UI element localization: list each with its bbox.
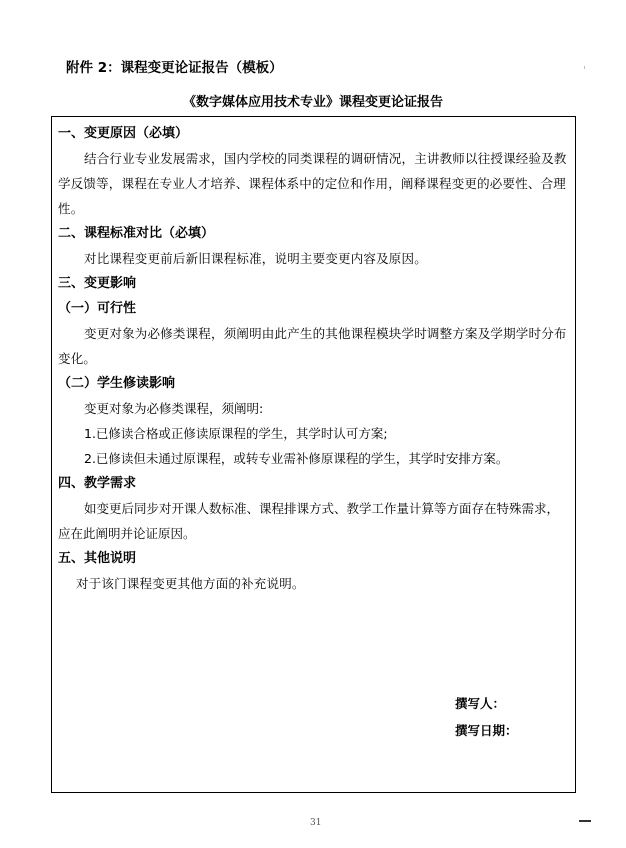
section-5-body: 对于该门课程变更其他方面的补充说明。: [58, 571, 569, 596]
section-4-heading: 四、教学需求: [58, 471, 569, 496]
section-3-sub2-item-2: 2.已修读但未通过原课程，或转专业需补修原课程的学生，其学时安排方案。: [58, 446, 569, 471]
section-2-heading: 二、课程标准对比（必填）: [58, 221, 569, 246]
attachment-title: 附件 2：课程变更论证报告（模板）: [66, 56, 283, 76]
date-label: 撰写日期：: [455, 717, 518, 744]
section-4-body: 如变更后同步对开课人数标准、课程排课方式、教学工作量计算等方面存在特殊需求，应在…: [58, 496, 569, 546]
author-label: 撰写人：: [455, 690, 518, 717]
corner-mark: [579, 820, 591, 822]
scan-mark: [584, 66, 585, 69]
section-3-heading: 三、变更影响: [58, 271, 569, 296]
page-number: 31: [310, 818, 321, 828]
section-1-body: 结合行业专业发展需求，国内学校的同类课程的调研情况，主讲教师以往授课经验及教学反…: [58, 146, 569, 221]
report-title: 《数字媒体应用技术专业》课程变更论证报告: [0, 91, 626, 110]
section-3-sub2-item-1: 1.已修读合格或正修读原课程的学生，其学时认可方案;: [58, 421, 569, 446]
section-2-body: 对比课程变更前后新旧课程标准，说明主要变更内容及原因。: [58, 246, 569, 271]
report-content: 一、变更原因（必填） 结合行业专业发展需求，国内学校的同类课程的调研情况，主讲教…: [58, 121, 569, 596]
section-3-sub1-body: 变更对象为必修类课程，须阐明由此产生的其他课程模块学时调整方案及学期学时分布变化…: [58, 321, 569, 371]
section-3-sub2-intro: 变更对象为必修类课程，须阐明:: [58, 396, 569, 421]
report-form-box: 一、变更原因（必填） 结合行业专业发展需求，国内学校的同类课程的调研情况，主讲教…: [51, 116, 576, 793]
section-5-heading: 五、其他说明: [58, 546, 569, 571]
section-3-sub2-heading: （二）学生修读影响: [58, 371, 569, 396]
section-3-sub1-heading: （一）可行性: [58, 296, 569, 321]
signature-block: 撰写人： 撰写日期：: [455, 690, 518, 744]
report-title-suffix: 课程变更论证报告: [339, 95, 443, 110]
report-title-major: 《数字媒体应用技术专业》: [183, 95, 339, 110]
section-1-heading: 一、变更原因（必填）: [58, 121, 569, 146]
